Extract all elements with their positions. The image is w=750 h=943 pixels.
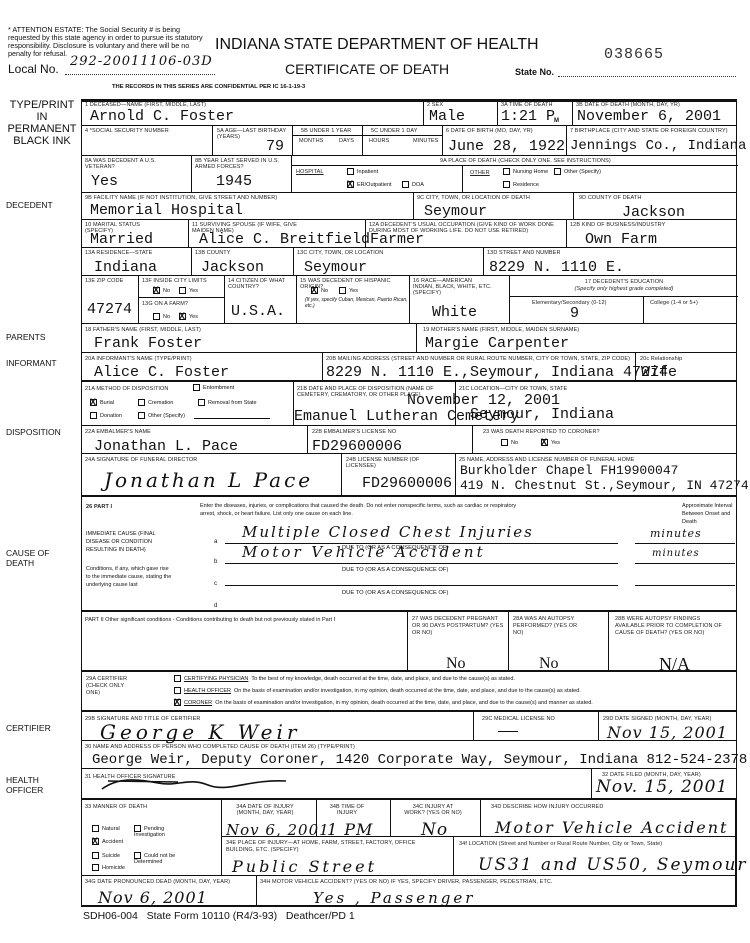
field-director-license[interactable]: 24b LICENSE NUMBER (of Licensee) FD29600…: [341, 453, 455, 495]
state-number-label: State No.: [515, 67, 554, 77]
interval-a[interactable]: minutes: [650, 527, 702, 540]
field-director-signature[interactable]: 24a SIGNATURE OF FUNERAL DIRECTOR Jonath…: [81, 453, 341, 495]
form-footer: SDH06-004 State Form 10110 (R4/3-93) Dea…: [83, 910, 355, 922]
field-age[interactable]: 5a AGE—Last Birthday (Years) 79: [212, 125, 292, 155]
field-zip[interactable]: 13e ZIP CODE 47274: [81, 275, 138, 323]
checkbox-accident[interactable]: [92, 838, 99, 845]
interval-b[interactable]: minutes: [652, 548, 700, 559]
field-part2[interactable]: PART II Other significant conditions - C…: [81, 610, 407, 670]
field-business[interactable]: 12b KIND OF BUSINESS/INDUSTRY Own Farm: [566, 219, 737, 247]
interval-c[interactable]: [635, 569, 735, 586]
field-residence-city[interactable]: 13c CITY, TOWN, OR LOCATION Seymour: [293, 247, 483, 275]
field-funeral-home[interactable]: 25 NAME, ADDRESS AND LICENSE NUMBER OF F…: [455, 453, 737, 495]
side-disposition: DISPOSITION: [6, 427, 61, 437]
field-injury-time[interactable]: 34b TIME OF INJURY 1 PM: [316, 798, 390, 836]
checkbox-residence[interactable]: [503, 181, 510, 188]
checkbox-homicide[interactable]: [92, 864, 99, 871]
state-number-dots: [558, 66, 736, 77]
field-veteran[interactable]: 8a WAS DECEDENT A U.S. VETERAN? Yes: [81, 155, 191, 192]
field-date-pronounced[interactable]: 34g DATE PRONOUNCED DEAD (Month, Day, Ye…: [81, 875, 256, 907]
field-city-of-death[interactable]: 9c CITY, TOWN, OR LOCATION OF DEATH Seym…: [413, 192, 573, 219]
field-date-signed[interactable]: 29d DATE SIGNED (Month, Day, Year) Nov 1…: [598, 710, 737, 740]
field-father[interactable]: 18 FATHER'S NAME (First, Middle, Last) F…: [81, 323, 416, 352]
cause-line-c[interactable]: [225, 569, 618, 586]
local-number-label: Local No.: [8, 62, 59, 76]
field-occupation[interactable]: 12a DECEDENT'S USUAL OCCUPATION (Give ki…: [365, 219, 566, 247]
checkbox-health-officer[interactable]: [174, 687, 181, 694]
checkbox-other-place[interactable]: [554, 168, 561, 175]
field-hispanic[interactable]: 15 WAS DECEDENT OF HISPANIC ORIGIN? No Y…: [296, 275, 409, 323]
checkbox-coroner-yes[interactable]: [541, 439, 548, 446]
checkbox-coroner-no[interactable]: [501, 439, 508, 446]
field-residence-street[interactable]: 13d STREET AND NUMBER 8229 N. 1110 E.: [483, 247, 737, 275]
field-mother[interactable]: 19 MOTHER'S NAME (First, Middle, Maiden …: [416, 323, 737, 352]
checkbox-suicide[interactable]: [92, 852, 99, 859]
field-facility[interactable]: 9b FACILITY NAME (If not institution, gi…: [81, 192, 413, 219]
field-embalmer-name[interactable]: 22a EMBALMER'S NAME Jonathan L. Pace: [81, 425, 307, 453]
field-race[interactable]: 16 RACE—American Indian, Black, White, e…: [409, 275, 509, 323]
checkbox-nursing-home[interactable]: [503, 168, 510, 175]
field-injury-place[interactable]: 34e PLACE OF INJURY—At home, farm, stree…: [221, 836, 453, 875]
checkbox-entombment[interactable]: [193, 384, 200, 391]
field-marital-status[interactable]: 10 MARITAL STATUS (Specify) Married: [81, 219, 188, 247]
checkbox-other-disposition[interactable]: [138, 412, 145, 419]
checkbox-doa[interactable]: [402, 181, 409, 188]
checkbox-hispanic-yes[interactable]: [339, 287, 346, 294]
checkbox-inpatient[interactable]: [347, 168, 354, 175]
checkbox-burial[interactable]: [90, 399, 97, 406]
checkbox-coroner[interactable]: [174, 699, 181, 706]
field-injury-location[interactable]: 34f LOCATION (Street and Number or Rural…: [453, 836, 737, 875]
field-informant-address[interactable]: 20b MAILING ADDRESS (Street and Number o…: [322, 352, 635, 380]
field-informant-relationship[interactable]: 20c Relationship Wife: [635, 352, 737, 380]
health-officer-scribble: [98, 775, 288, 791]
side-informant: INFORMANT: [6, 358, 57, 368]
field-surviving-spouse[interactable]: 11 SURVIVING SPOUSE (If wife, give maide…: [188, 219, 365, 247]
field-year-served[interactable]: 8b YEAR LAST SERVED IN U.S. ARMED FORCES…: [191, 155, 291, 192]
department-title: INDIANA STATE DEPARTMENT OF HEALTH: [215, 36, 539, 54]
field-date-of-death[interactable]: 3b DATE OF DEATH (Month, Day, Yr) Novemb…: [572, 99, 737, 125]
field-informant-name[interactable]: 20a INFORMANT'S NAME (Type/Print) Alice …: [81, 352, 322, 380]
field-disposition-method[interactable]: 21a METHOD OF DISPOSITION Entombment Bur…: [81, 380, 293, 425]
field-health-officer-signature[interactable]: 31 HEALTH OFFICER SIGNATURE: [81, 768, 591, 798]
field-under-1-year[interactable]: 5b UNDER 1 YEAR Months Days: [292, 125, 362, 155]
field-medical-license[interactable]: 29c MEDICAL LICENSE NO ——: [473, 710, 598, 740]
checkbox-city-limits-no[interactable]: [153, 287, 160, 294]
field-autopsy-findings[interactable]: 28b WERE AUTOPSY FINDINGS AVAILABLE PRIO…: [608, 610, 737, 670]
field-injury-date[interactable]: 34a DATE OF INJURY (Month, Day, Year) No…: [221, 798, 316, 836]
field-completed-by[interactable]: 30 NAME AND ADDRESS OF PERSON WHO COMPLE…: [81, 740, 737, 768]
checkbox-natural[interactable]: [92, 825, 99, 832]
certificate-title: CERTIFICATE OF DEATH: [285, 61, 449, 77]
local-number[interactable]: 292-20011106-03D: [70, 54, 213, 69]
checkbox-pending[interactable]: [134, 825, 141, 832]
side-certifier: CERTIFIER: [6, 723, 51, 733]
field-place-of-death[interactable]: 9a PLACE OF DEATH (Check only one. See i…: [291, 155, 737, 192]
side-cause: CAUSE OF DEATH: [6, 548, 61, 568]
cause-line-b[interactable]: Motor Vehicle Accident: [242, 543, 486, 561]
field-birthplace[interactable]: 7 BIRTHPLACE (City and State or Foreign …: [566, 125, 737, 155]
field-ssn[interactable]: 4 *SOCIAL SECURITY NUMBER: [81, 125, 212, 155]
field-certifier-signature[interactable]: 29b SIGNATURE AND TITLE OF CERTIFIER Geo…: [81, 710, 473, 740]
field-education[interactable]: 17 DECEDENT'S EDUCATION (Specify only hi…: [509, 275, 737, 323]
field-motor-vehicle[interactable]: 34h MOTOR VEHICLE ACCIDENT? (Yes or no) …: [256, 875, 737, 907]
field-autopsy[interactable]: 28a WAS AN AUTOPSY PERFORMED? (Yes or no…: [508, 610, 608, 670]
checkbox-city-limits-yes[interactable]: [179, 287, 186, 294]
field-name[interactable]: 1 DECEASED—NAME (First, Middle, Last) Ar…: [81, 99, 423, 125]
checkbox-hispanic-no[interactable]: [311, 287, 318, 294]
side-health-officer: HEALTH OFFICER: [6, 775, 61, 795]
cause-line-a[interactable]: Multiple Closed Chest Injuries: [242, 523, 534, 541]
field-coroner-reported[interactable]: 23 WAS DEATH REPORTED TO CORONER? No Yes: [472, 425, 737, 453]
confidential-notice: THE RECORDS IN THIS SERIES ARE CONFIDENT…: [112, 84, 305, 90]
field-embalmer-license[interactable]: 22b EMBALMER'S LICENSE NO FD29600006: [307, 425, 472, 453]
checkbox-er-outpatient[interactable]: [347, 181, 354, 188]
checkbox-farm-yes[interactable]: [179, 313, 186, 320]
checkbox-removal[interactable]: [198, 399, 205, 406]
field-pregnant[interactable]: 27 WAS DECEDENT PREGNANT OR 90 DAYS POST…: [407, 610, 508, 670]
field-certifier-type[interactable]: 29a CERTIFIER (Check only one) CERTIFYIN…: [81, 670, 737, 710]
field-injury-how[interactable]: 34d DESCRIBE HOW INJURY OCCURRED Motor V…: [480, 798, 737, 836]
field-on-farm[interactable]: 13g ON A FARM? No Yes: [138, 297, 224, 323]
checkbox-undetermined[interactable]: [134, 852, 141, 859]
field-residence-state[interactable]: 13a RESIDENCE—STATE Indiana: [81, 247, 191, 275]
field-sex[interactable]: 2 SEX Male: [423, 99, 497, 125]
field-date-filed[interactable]: 32 DATE FILED (Month, Day, Year) Nov. 15…: [591, 768, 737, 798]
state-number[interactable]: 038665: [604, 46, 664, 63]
field-disposition-date-place[interactable]: 21b DATE AND PLACE OF DISPOSITION (Name …: [293, 380, 455, 425]
checkbox-cremation[interactable]: [138, 399, 145, 406]
section-cause-part1: 26 PART I Enter the diseases, injuries, …: [81, 495, 737, 610]
side-parents: PARENTS: [6, 332, 46, 342]
field-city-limits[interactable]: 13f INSIDE CITY LIMITS No Yes: [138, 275, 224, 297]
field-under-1-day[interactable]: 5c UNDER 1 DAY Hours Minutes: [362, 125, 442, 155]
field-disposition-location[interactable]: 21c LOCATION—City or Town, State Seymour…: [455, 380, 737, 425]
field-time-of-death[interactable]: 3a TIME OF DEATH 1:21 P M: [497, 99, 572, 125]
field-county-of-death[interactable]: 9d COUNTY OF DEATH Jackson: [573, 192, 737, 219]
checkbox-donation[interactable]: [90, 412, 97, 419]
field-injury-at-work[interactable]: 34c INJURY AT WORK? (Yes or no) No: [390, 798, 480, 836]
checkbox-certifying-physician[interactable]: [174, 675, 181, 682]
field-citizenship[interactable]: 14 CITIZEN OF WHAT COUNTRY? U.S.A.: [224, 275, 296, 323]
field-date-of-birth[interactable]: 6 DATE OF BIRTH (Mo, Day, Yr) June 28, 1…: [442, 125, 566, 155]
director-signature: Jonathan L Pace: [104, 468, 313, 492]
field-manner-of-death[interactable]: 33 MANNER OF DEATH Natural Pending Inves…: [81, 798, 221, 875]
field-residence-county[interactable]: 13b COUNTY Jackson: [191, 247, 293, 275]
side-decedent: DECEDENT: [6, 200, 53, 210]
checkbox-farm-no[interactable]: [153, 313, 160, 320]
side-type-print: TYPE/PRINT IN PERMANENT BLACK INK: [6, 99, 78, 147]
